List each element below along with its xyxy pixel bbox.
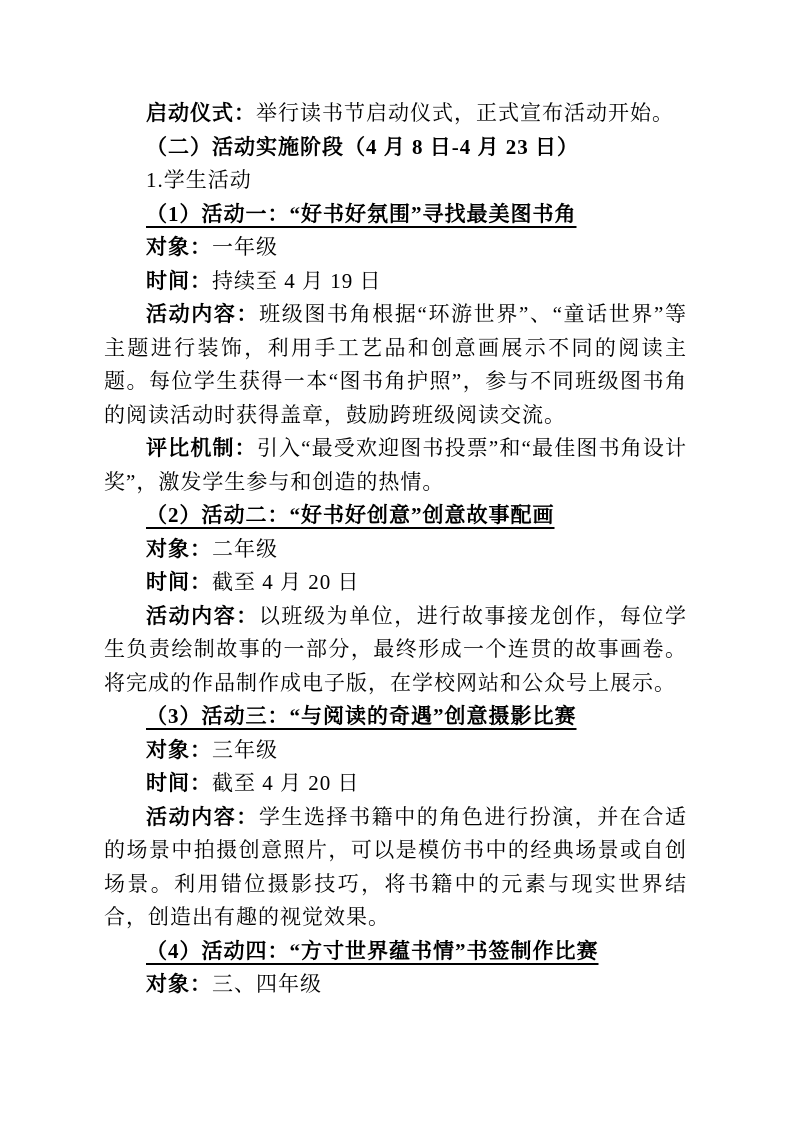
heading-activity-4: （4）活动四：“方寸世界蕴书情”书签制作比赛 (104, 935, 687, 969)
run-label: 时间： (146, 269, 212, 293)
run-heading-underlined: （4）活动四：“方寸世界蕴书情”书签制作比赛 (146, 939, 599, 963)
para-target-3: 对象：三年级 (104, 734, 687, 768)
run-label: 时间： (146, 771, 212, 795)
para-time-1: 时间：持续至 4 月 19 日 (104, 265, 687, 299)
run-heading-underlined: （3）活动三：“与阅读的奇遇”创意摄影比赛 (146, 704, 577, 728)
para-content-3: 活动内容：学生选择书籍中的角色进行扮演，并在合适的场景中拍摄创意照片，可以是模仿… (104, 801, 687, 935)
document-page: 启动仪式：举行读书节启动仪式，正式宣布活动开始。 （二）活动实施阶段（4 月 8… (0, 0, 793, 1122)
run-label: 评比机制： (146, 436, 257, 460)
para-target-2: 对象：二年级 (104, 533, 687, 567)
run-text: 举行读书节启动仪式，正式宣布活动开始。 (256, 101, 674, 125)
run-text: 三年级 (212, 738, 278, 762)
para-target-1: 对象：一年级 (104, 231, 687, 265)
run-text: 截至 4 月 20 日 (212, 771, 360, 795)
heading-activity-1: （1）活动一：“好书好氛围”寻找最美图书角 (104, 198, 687, 232)
para-time-2: 时间：截至 4 月 20 日 (104, 566, 687, 600)
run-label: 时间： (146, 570, 212, 594)
para-target-4: 对象：三、四年级 (104, 968, 687, 1002)
run-label: 启动仪式： (146, 101, 256, 125)
run-heading-underlined: （2）活动二：“好书好创意”创意故事配画 (146, 503, 555, 527)
run-label: 对象： (146, 972, 212, 996)
run-label: 活动内容： (146, 604, 259, 628)
para-evaluation-1: 评比机制：引入“最受欢迎图书投票”和“最佳图书角设计奖”，激发学生参与和创造的热… (104, 432, 687, 499)
run-label: 对象： (146, 738, 212, 762)
run-text: 二年级 (212, 537, 278, 561)
run-text: 截至 4 月 20 日 (212, 570, 360, 594)
run-text: 三、四年级 (212, 972, 322, 996)
run-heading: （二）活动实施阶段（4 月 8 日-4 月 23 日） (146, 135, 579, 159)
heading-activity-3: （3）活动三：“与阅读的奇遇”创意摄影比赛 (104, 700, 687, 734)
run-label: 对象： (146, 235, 212, 259)
run-text: 1.学生活动 (146, 168, 252, 192)
heading-activity-2: （2）活动二：“好书好创意”创意故事配画 (104, 499, 687, 533)
run-label: 活动内容： (146, 805, 259, 829)
heading-student-activities: 1.学生活动 (104, 164, 687, 198)
para-time-3: 时间：截至 4 月 20 日 (104, 767, 687, 801)
para-launch-ceremony: 启动仪式：举行读书节启动仪式，正式宣布活动开始。 (104, 97, 687, 131)
run-label: 对象： (146, 537, 212, 561)
para-content-2: 活动内容：以班级为单位，进行故事接龙创作，每位学生负责绘制故事的一部分，最终形成… (104, 600, 687, 701)
run-text: 持续至 4 月 19 日 (212, 269, 382, 293)
run-text: 一年级 (212, 235, 278, 259)
run-label: 活动内容： (146, 302, 259, 326)
heading-phase-two: （二）活动实施阶段（4 月 8 日-4 月 23 日） (104, 131, 687, 165)
para-content-1: 活动内容：班级图书角根据“环游世界”、“童话世界”等主题进行装饰，利用手工艺品和… (104, 298, 687, 432)
run-heading-underlined: （1）活动一：“好书好氛围”寻找最美图书角 (146, 202, 577, 226)
